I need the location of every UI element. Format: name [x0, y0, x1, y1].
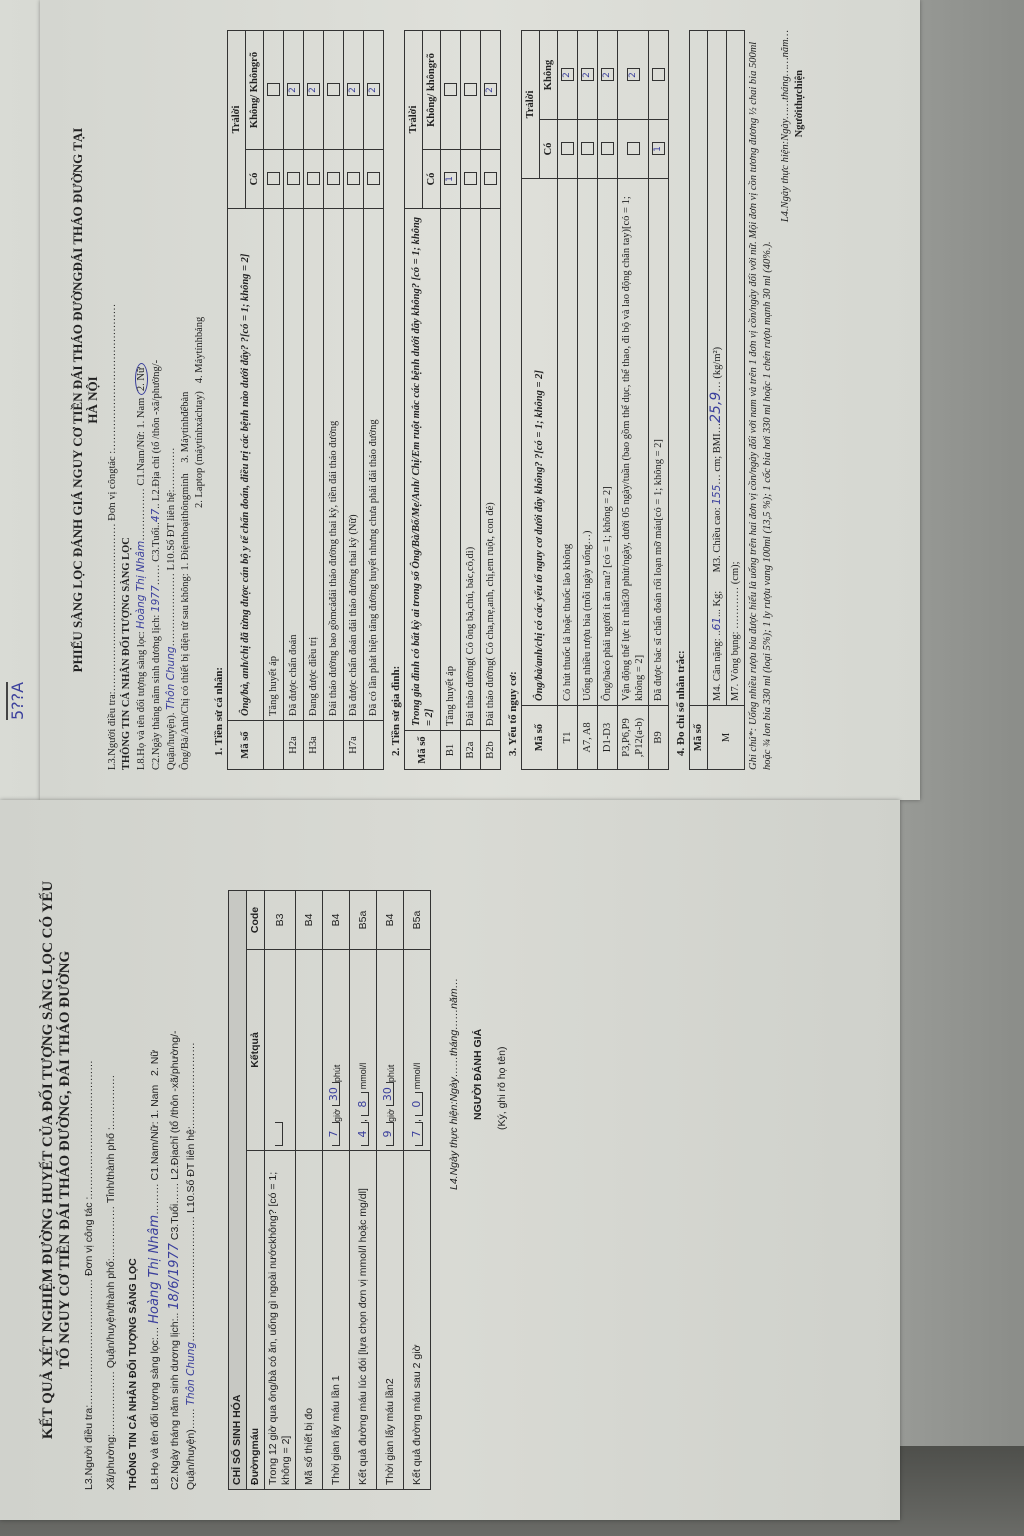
address-row: Xã/phường:……………… Quận/huyện/thành phố:……… [104, 830, 118, 1490]
hour-slot[interactable]: 9 [386, 1122, 394, 1146]
district-row: Quận/huyện). Thôn Chung………………… L10.Số ĐT… [164, 30, 179, 770]
col-code: Code [247, 891, 265, 950]
yes-checkbox[interactable] [561, 143, 574, 156]
table-row: B1Tăng huyết áp1 [441, 31, 461, 770]
family-history-table: Mã số Trong gia đình có bất kỳ ai trong … [404, 30, 501, 770]
no-cell: 2 [598, 31, 618, 120]
l8-row: L8.Họ và tên đối tượng sàng lọc: Hoàng T… [134, 30, 149, 770]
row-label: Thời gian lấy máu lần2 [377, 1151, 404, 1490]
row-question: Vận động thể lực ít nhất30 phút/ngày, dư… [618, 179, 649, 706]
col-answer: Trảlời [228, 31, 246, 209]
table-row: H2aĐã được chẩn đoán2 [284, 31, 304, 770]
personal-history-table: Mã số Ông/bà, anh/chị đã từng được cán b… [227, 30, 384, 770]
device-option[interactable]: 3. Máytínhđểbàn [180, 392, 191, 463]
section-3-title: 3. Yếu tố nguy cơ: [507, 30, 519, 756]
row-label: Kết quả đường máu sau 2 giờ [404, 1151, 431, 1490]
table-row: Thời gian lấy máu lần 17giờ 30phútB4 [323, 891, 350, 1490]
no-checkbox[interactable]: 2 [347, 84, 360, 97]
yes-cell [324, 150, 344, 209]
c2-label: C2.Ngày tháng năm sinh dương lịch: [151, 615, 162, 770]
table-section-title: CHỈ SỐ SINH HÓA [229, 891, 247, 1490]
device-question: Ông/Bà/Anh/Chị có thiết bị điện tử sau k… [180, 573, 191, 770]
device-option[interactable]: 4. Máytínhbảng [194, 317, 205, 384]
m-code: M [708, 706, 745, 770]
no-cell: 2 [344, 31, 364, 150]
biochemistry-table: CHỈ SỐ SINH HÓA Đườngmáu Kếtquả Code Tro… [228, 890, 431, 1490]
row-question: Ông/bàcó phải người ít ăn rau? [có = 1; … [598, 179, 618, 706]
no-checkbox[interactable]: 2 [307, 84, 320, 97]
no-cell: 2 [304, 31, 324, 150]
table-row: B2aĐái tháo đường( Có ông bà,chú, bác,cô… [461, 31, 481, 770]
c2-label: C2.Ngày tháng năm sinh dương lịch: [169, 1318, 181, 1490]
col-yes: Có [423, 150, 441, 209]
section-4-title: 4. Đo chỉ số nhân trắc: [675, 30, 687, 756]
integer-slot[interactable]: 7 [415, 1122, 423, 1146]
yes-checkbox[interactable] [267, 173, 280, 186]
date-line: L4.Ngày thực hiện:Ngày……tháng……năm… [447, 830, 461, 1190]
yes-cell [344, 150, 364, 209]
row-code: H3a [304, 721, 324, 770]
l10-label: L10.Số ĐT liên hệ: [185, 1126, 197, 1213]
row-code: B4 [323, 891, 350, 950]
yes-checkbox[interactable] [367, 173, 380, 186]
col-no: Không/ Khôngrõ [246, 31, 264, 150]
table-row: Thời gian lấy máu lần29giờ 30phútB4 [377, 891, 404, 1490]
row-code: B5a [404, 891, 431, 950]
table-row: T1Có hút thuốc lá hoặc thuốc lào không2 [558, 31, 578, 770]
minute-slot[interactable]: 30 [332, 1082, 340, 1106]
screening-form: PHIẾU SÀNG LỌC ĐÁNH GIÁ NGUY CƠ TIỀN ĐÁI… [40, 0, 920, 800]
unit-label: mmol/l [412, 1063, 422, 1090]
yes-cell [284, 150, 304, 209]
col-answer: Trảlời [522, 31, 540, 179]
result-cell[interactable]: 4, 8 mmol/l [350, 950, 377, 1151]
no-cell: 2 [618, 31, 649, 120]
district-label: Quận/huyện) [185, 1429, 197, 1490]
yes-cell [481, 150, 501, 209]
row-code: B9 [649, 706, 669, 770]
unit-label: Đơn vị côngtác : [107, 451, 118, 521]
c1-label: C1.Nam/Nữ: 1. Nam [136, 398, 147, 486]
form-title: KẾT QUẢ XÉT NGHIỆM ĐƯỜNG HUYẾT CỦA ĐỐI T… [40, 830, 57, 1490]
table-row: Kết quả đường máu sau 2 giờ7, 0 mmol/lB5… [404, 891, 431, 1490]
table-row: H7aĐã được chẩn đoán đái tháo đường thai… [344, 31, 364, 770]
device-row-2: 2. Laptop (máytínhxáchtay) 4. Máytínhbản… [193, 30, 207, 770]
l2-label: L2.Địa chỉ (tổ /thôn -xã/phường/- [151, 360, 162, 501]
table-row: Tăng huyết áp [264, 31, 284, 770]
c2-row: C2.Ngày tháng năm sinh dương lịch: 1977…… [149, 30, 164, 770]
table-row: A7, A8Uống nhiều rượu bia (mỗi ngày uống… [578, 31, 598, 770]
yes-cell [364, 150, 384, 209]
col-question: Ông/bà, anh/chị đã từng được cán bộ y tế… [228, 209, 264, 721]
row-question: Đã có lần phát hiện tăng đường huyết như… [364, 209, 384, 721]
row-label: Kết quả đường máu lúc đói [lựa chọn đơn … [350, 1151, 377, 1490]
yes-checkbox[interactable] [581, 143, 594, 156]
yes-cell: 1 [441, 150, 461, 209]
l8-label: L8.Họ và tên đối tượng sàng lọc: [136, 631, 147, 770]
unit-label: Đơn vị công tác : [83, 1197, 95, 1276]
table-row: Đái tháo đường bao gồmcảđái tháo đường t… [324, 31, 344, 770]
l3-row: L3.Người điều tra:………………………………………… Đơn v… [106, 30, 120, 770]
district-value[interactable]: Thôn Chung [165, 646, 177, 709]
l2-label: L2.Địachỉ (tổ /thôn -xã/phường/- [169, 1030, 181, 1179]
l8-row: L8.Họ và tên đối tượng sàng lọc:… Hoàng … [148, 830, 162, 1490]
col-yes: Có [246, 150, 264, 209]
table-row: B9Đã được bác sĩ chẩn đoán rối loạn mỡ m… [649, 31, 669, 770]
c1-label: C1.Nam/Nữ: 1. Nam [149, 1085, 161, 1181]
district-label: Quận/huyện/thành phố: [105, 1258, 117, 1368]
row-code: D1-D3 [598, 706, 618, 770]
table-row: Trong 12 giờ qua ông/bà có ăn, uống gì n… [265, 891, 296, 1490]
answer-slot[interactable] [275, 1122, 283, 1146]
district-label: Quận/huyện) [166, 715, 177, 770]
c3-label: C3.Tuổi [169, 1204, 181, 1240]
c3-value[interactable]: 47 [150, 509, 162, 522]
yes-checkbox[interactable] [287, 173, 300, 186]
yes-checkbox[interactable] [327, 173, 340, 186]
m4-m3-cell: M4. Cân nặng: ..61... Kg; M3. Chiều cao:… [708, 31, 727, 706]
m4-label: M4. Cân nặng: [712, 638, 723, 701]
no-checkbox[interactable]: 2 [581, 69, 594, 82]
m7-cell: M7. Vòng bụng: ………… (cm); [727, 31, 745, 706]
no-checkbox[interactable] [652, 69, 665, 82]
table-row: Kết quả đường máu lúc đói [lựa chọn đơn … [350, 891, 377, 1490]
no-cell: 2 [284, 31, 304, 150]
no-checkbox[interactable] [464, 84, 477, 97]
form-title-city: HÀ NỘI [85, 30, 100, 770]
m7-label: M7. Vòng bụng: ………… [730, 587, 741, 701]
no-checkbox[interactable]: 2 [367, 84, 380, 97]
c2-value[interactable]: 18/6/1977 [167, 1243, 182, 1310]
yes-checkbox[interactable] [484, 173, 497, 186]
row-question: Đã được bác sĩ chẩn đoán rối loạn mỡ máu… [649, 179, 669, 706]
yes-checkbox[interactable]: 1 [652, 143, 665, 156]
row-code [324, 721, 344, 770]
no-cell: 2 [558, 31, 578, 120]
m4-unit: Kg; [712, 591, 723, 607]
table-row: H3aĐang được điều trị2 [304, 31, 324, 770]
table-row: P3,P6,P9 ,P12(a-b)Vận động thể lực ít nh… [618, 31, 649, 770]
l10-label: L10.Số ĐT liên hệ: [166, 489, 177, 570]
unit-label: mmol/l [358, 1063, 368, 1090]
form-title: PHIẾU SÀNG LỌC ĐÁNH GIÁ NGUY CƠ TIỀN ĐÁI… [70, 30, 85, 770]
row-question: Tăng huyết áp [441, 209, 461, 731]
blank-cell [690, 31, 708, 706]
col-code: Mã số [690, 706, 708, 770]
l3-row: L3.Người điều tra:……………………………… Đơn vị cô… [82, 830, 96, 1490]
row-code: T1 [558, 706, 578, 770]
c2-row: C2.Ngày tháng năm sinh dương lịch:.. 18/… [168, 830, 182, 1490]
yes-checkbox[interactable] [347, 173, 360, 186]
row-code: B2b [481, 731, 501, 770]
row-code: B3 [265, 891, 296, 950]
no-cell: 2 [481, 31, 501, 150]
row-code: B2a [461, 731, 481, 770]
no-checkbox[interactable] [267, 84, 280, 97]
m7-unit: (cm); [730, 561, 741, 584]
m3-unit: cm; [712, 456, 723, 472]
anthropometric-table: Mã số M M4. Cân nặng: ..61... Kg; M3. Ch… [689, 30, 745, 770]
form-title-2: TỐ NGUY CƠ TIỀN ĐÁI THÁO ĐƯỜNG, ĐÁI THÁO… [57, 830, 74, 1490]
c3-label: C3.Tuổi [151, 527, 162, 561]
bmi-value[interactable]: 25,9 [708, 392, 724, 423]
yes-cell [578, 120, 598, 179]
ward-label: Xã/phường: [105, 1434, 117, 1490]
yes-cell [304, 150, 324, 209]
date-line: L4.Ngày thực hiện:Ngày……tháng……năm… [779, 30, 793, 770]
province-label: Tỉnh/thành phố : [105, 1127, 117, 1203]
district-row: Quận/huyện)…… Thôn Chung……………………………… L10… [184, 830, 198, 1490]
section-info-title: THÔNG TIN CÁ NHÂN ĐỐI TƯỢNG SÀNG LỌC [126, 830, 140, 1490]
yes-cell [598, 120, 618, 179]
signer-label: Ngườithựchiện [793, 30, 807, 770]
bmi-label: BMI [712, 433, 723, 453]
hour-slot[interactable]: 7 [332, 1122, 340, 1146]
row-label: Mã số thiết bị đo [296, 1151, 323, 1490]
row-question: Tăng huyết áp [264, 209, 284, 721]
no-cell: 2 [364, 31, 384, 150]
row-question: Đang được điều trị [304, 209, 324, 721]
row-code: H2a [284, 721, 304, 770]
yes-checkbox[interactable] [627, 143, 640, 156]
row-code: B4 [377, 891, 404, 950]
row-code: P3,P6,P9 ,P12(a-b) [618, 706, 649, 770]
col-question: Trong gia đình có bất kỳ ai trong số Ông… [405, 209, 441, 731]
l3-label: L3.Người điều tra: [107, 691, 118, 770]
col-no: Không [540, 31, 558, 120]
no-cell [441, 31, 461, 150]
no-checkbox[interactable]: 2 [627, 69, 640, 82]
decimal-slot[interactable]: 8 [361, 1092, 369, 1116]
row-code: A7, A8 [578, 706, 598, 770]
yes-cell [461, 150, 481, 209]
row-question: Đái tháo đường bao gồmcảđái tháo đường t… [324, 209, 344, 721]
table-row: Mã số thiết bị đoB4 [296, 891, 323, 1490]
yes-cell [264, 150, 284, 209]
minute-slot[interactable]: 30 [386, 1082, 394, 1106]
device-option[interactable]: 2. Laptop (máytínhxáchtay) [194, 391, 205, 508]
l8-value[interactable]: Hoàng Thị Nhâm [135, 541, 147, 629]
section-1-title: 1. Tiền sử cá nhân: [213, 30, 225, 756]
row-code [264, 721, 284, 770]
district-value[interactable]: Thôn Chung [185, 1342, 197, 1405]
table-row: Đã có lần phát hiện tăng đường huyết như… [364, 31, 384, 770]
blood-glucose-form: KẾT QUẢ XÉT NGHIỆM ĐƯỜNG HUYẾT CỦA ĐỐI T… [0, 800, 900, 1520]
result-cell[interactable]: 7giờ 30phút [323, 950, 350, 1151]
c1-selected[interactable]: 2. Nữ [135, 363, 148, 395]
alcohol-note: Ghi chú*: Uống nhiều rượu bia được hiểu … [747, 30, 775, 770]
yes-checkbox[interactable] [601, 143, 614, 156]
yes-cell [618, 120, 649, 179]
c2-value[interactable]: 1977 [150, 585, 162, 612]
col-question: Ông/bà/anh/chị có các yếu tố nguy cơ dướ… [522, 179, 558, 706]
row-label: Trong 12 giờ qua ông/bà có ăn, uống gì n… [265, 1151, 296, 1490]
row-code: H7a [344, 721, 364, 770]
row-label: Đườngmáu [247, 1151, 265, 1490]
row-code: B4 [296, 891, 323, 950]
no-cell [649, 31, 669, 120]
handwritten-corner-mark: 5??A [6, 682, 27, 720]
bmi-unit: (kg/m²) [712, 347, 723, 379]
col-result: Kếtquả [247, 950, 265, 1151]
table-row: B2bĐái tháo đường( Có cha,mẹ,anh, chị,em… [481, 31, 501, 770]
result-cell[interactable]: 9giờ 30phút [377, 950, 404, 1151]
row-question: Đái tháo đường( Có cha,mẹ,anh, chị,em ru… [481, 209, 501, 731]
col-yes: Có [540, 120, 558, 179]
device-option[interactable]: 1. Điệnthoạithôngminh [180, 473, 191, 570]
decimal-slot[interactable]: 0 [415, 1092, 423, 1116]
no-cell [461, 31, 481, 150]
row-question: Có hút thuốc lá hoặc thuốc lào không [558, 179, 578, 706]
signer-note: (Ký, ghi rõ họ tên) [495, 830, 509, 1130]
section-info-title: THÔNG TIN CÁ NHÂN ĐỐI TƯỢNG SÀNG LỌC [120, 30, 134, 770]
yes-cell: 1 [649, 120, 669, 179]
yes-cell [558, 120, 578, 179]
no-checkbox[interactable]: 2 [561, 69, 574, 82]
col-code: Mã số [405, 731, 441, 770]
col-answer: Trảlời [405, 31, 423, 209]
col-code: Mã số [522, 706, 558, 770]
no-cell [324, 31, 344, 150]
l3-label: L3.Người điều tra: [83, 1405, 95, 1490]
row-question: Đái tháo đường( Có ông bà,chú, bác,cô,dì… [461, 209, 481, 731]
integer-slot[interactable]: 4 [361, 1122, 369, 1146]
l8-value[interactable]: Hoàng Thị Nhâm [147, 1215, 162, 1324]
row-code: B1 [441, 731, 461, 770]
section-2-title: 2. Tiền sử gia đình: [390, 30, 402, 756]
signer-title: NGƯỜI ĐÁNH GIÁ [471, 830, 485, 1120]
result-cell[interactable] [265, 950, 296, 1151]
no-checkbox[interactable]: 2 [287, 84, 300, 97]
device-row: Ông/Bà/Anh/Chị có thiết bị điện tử sau k… [179, 30, 193, 770]
yes-checkbox[interactable] [464, 173, 477, 186]
no-checkbox[interactable]: 2 [484, 84, 497, 97]
row-code: B5a [350, 891, 377, 950]
row-code [364, 721, 384, 770]
yes-checkbox[interactable] [307, 173, 320, 186]
no-cell: 2 [578, 31, 598, 120]
row-question: Đã được chẩn đoán [284, 209, 304, 721]
no-checkbox[interactable]: 2 [601, 69, 614, 82]
c1-option-2[interactable]: 2. Nữ [149, 1050, 161, 1076]
m3-label: M3. Chiều cao: [712, 507, 723, 572]
row-question: Đã được chẩn đoán đái tháo đường thai kỳ… [344, 209, 364, 721]
col-no: Không/ khôngrõ [423, 31, 441, 150]
height-value[interactable]: 155 [711, 485, 723, 505]
weight-value[interactable]: 61 [711, 617, 723, 630]
risk-factors-table: Mã số Ông/bà/anh/chị có các yếu tố nguy … [521, 30, 669, 770]
table-row: D1-D3Ông/bàcó phải người ít ăn rau? [có … [598, 31, 618, 770]
row-question: Uống nhiều rượu bia (mỗi ngày uống…) [578, 179, 598, 706]
result-cell[interactable]: 7, 0 mmol/l [404, 950, 431, 1151]
no-cell [264, 31, 284, 150]
yes-checkbox[interactable]: 1 [444, 173, 457, 186]
no-checkbox[interactable] [444, 84, 457, 97]
result-cell[interactable] [296, 950, 323, 1151]
l8-label: L8.Họ và tên đối tượng sàng lọc: [149, 1337, 161, 1490]
no-checkbox[interactable] [327, 84, 340, 97]
row-label: Thời gian lấy máu lần 1 [323, 1151, 350, 1490]
col-code: Mã số [228, 721, 264, 770]
